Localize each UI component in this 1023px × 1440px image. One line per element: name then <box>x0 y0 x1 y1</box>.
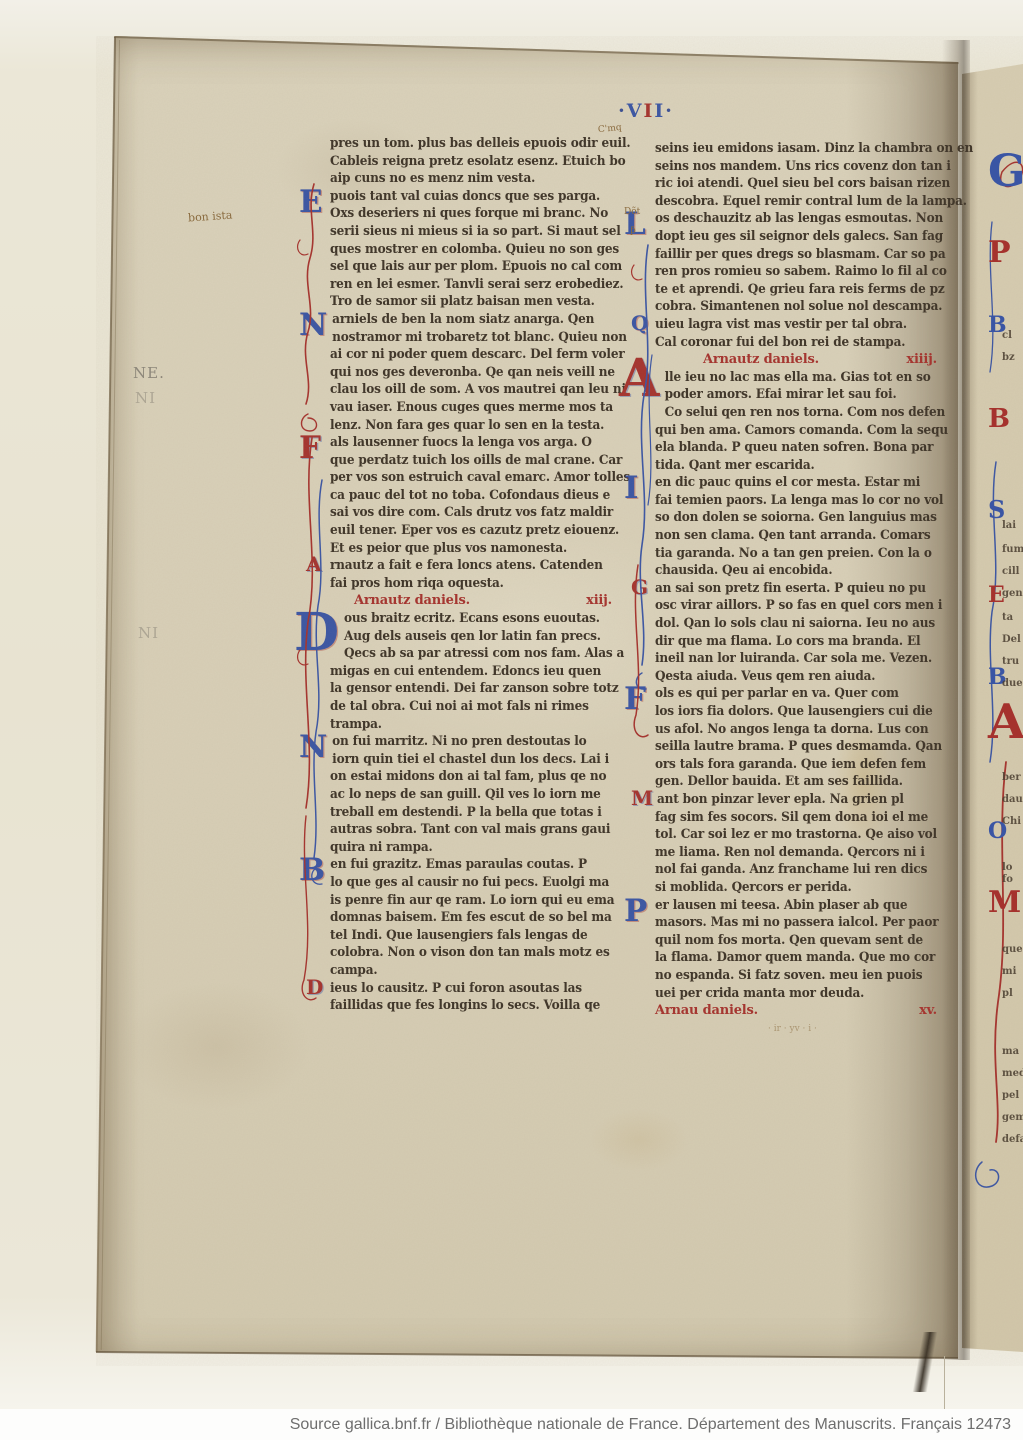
manuscript-text-line: Cableis reigna pretz esolatz esenz. Etui… <box>330 153 609 171</box>
manuscript-text-line: uieu lagra vist mas vestir per tal obra. <box>655 316 934 334</box>
manuscript-text-line: seilla lautre brama. P ques desmamda. Qa… <box>655 738 934 756</box>
rubric-poem-number: xiij. <box>586 592 630 610</box>
facing-page-text-fragment: cill <box>1002 566 1020 578</box>
gallica-scan-view: { "viewer": { "source_line": "Source gal… <box>0 0 1023 1440</box>
manuscript-text-line: puois tant val cuias doncs que ses parga… <box>330 188 609 206</box>
stanza-block: Narniels de ben la nom siatz anarga. Qen… <box>330 311 630 434</box>
facing-page-illuminated-initial: S <box>988 498 1005 522</box>
manuscript-text-line: colobra. Non o vison don tan mals motz e… <box>330 944 609 962</box>
facing-page-text-fragment: ta <box>1002 612 1013 624</box>
manuscript-text-line: ols es qui per parlar en va. Quer com <box>655 685 934 703</box>
manuscript-text-line: Et es peior que plus vos namonesta. <box>330 540 609 558</box>
manuscript-text-line: ai cor ni poder quem descarc. Del ferm v… <box>330 346 609 364</box>
margin-note: ƥ <box>630 226 636 236</box>
facing-page-illuminated-initial: M <box>988 888 1021 918</box>
manuscript-text-line: on estai midons don ai tal fam, plus qe … <box>330 768 609 786</box>
manuscript-text-line: poder amors. Efai mirar let sau foi. <box>655 386 934 404</box>
rubric: Arnautz daniels.xiiij. <box>655 351 955 369</box>
manuscript-text-line: sai vos dire com. Cals drutz vos fatz ma… <box>330 504 609 522</box>
manuscript-text-line: en fui grazitz. Emas paraulas coutas. P <box>330 856 609 874</box>
rubric: Arnau daniels.xv. <box>655 1002 955 1020</box>
manuscript-text-line: ors tals fora garanda. Que iem defen fem <box>655 756 934 774</box>
stanza-block: Non fui marritz. Ni no pren destoutas lo… <box>330 733 630 856</box>
rubric-author-label: Arnautz daniels. <box>703 351 819 369</box>
manuscript-text-line: us afol. No angos lenga ta dorna. Lus co… <box>655 721 934 739</box>
facing-page-text-fragment: bz <box>1002 352 1015 364</box>
illuminated-initial: E <box>299 186 323 219</box>
manuscript-text-line: Oxs deseriers ni ques forque mi branc. N… <box>330 205 609 223</box>
manuscript-text-line: aip cuns no es menz nim vesta. <box>330 170 609 188</box>
folio-number: ·VII· <box>596 100 696 122</box>
illuminated-initial: A <box>306 556 322 573</box>
right-text-column: seins ieu emidons iasam. Dinz la chambra… <box>655 140 955 1020</box>
facing-page-text-fragment: defa <box>1002 1134 1023 1146</box>
manuscript-text-line: tel Indi. Que lausengiers fals lengas de <box>330 927 609 945</box>
illuminated-initial: F <box>299 432 321 465</box>
margin-note: NI <box>138 624 159 642</box>
rubric-poem-number: xiiij. <box>906 351 955 369</box>
manuscript-text-line: seins ieu emidons iasam. Dinz la chambra… <box>655 140 934 158</box>
left-text-column: pres un tom. plus bas delleis epuois odi… <box>330 135 630 1015</box>
facing-page-text-fragment: ber <box>1002 772 1021 784</box>
margin-note: NE. <box>133 364 165 382</box>
manuscript-text-line: ac lo neps de san guill. Qil ves lo iorn… <box>330 786 609 804</box>
source-attribution-bar: Source gallica.bnf.fr / Bibliothèque nat… <box>0 1409 1023 1440</box>
facing-page-text-fragment: gen <box>1002 588 1023 600</box>
manuscript-text-line: ques mostrer en colomba. Quieu no son ge… <box>330 241 609 259</box>
manuscript-text-line: ca pauc del tot no toba. Cofondaus dieus… <box>330 487 609 505</box>
gutter-bottom-crease <box>944 1356 945 1409</box>
manuscript-text-line: si moblida. Qercors er perida. <box>655 879 934 897</box>
facing-page-text-fragment: lai <box>1002 520 1016 532</box>
stanza-block: Dous braitz ecritz. Ecans esons euoutas.… <box>330 610 630 733</box>
facing-page-text-fragment: ma <box>1002 1046 1019 1058</box>
stanza-block: pres un tom. plus bas delleis epuois odi… <box>330 135 630 188</box>
manuscript-text-line: qui nos ges deveronba. Qe qan neis veill… <box>330 364 609 382</box>
manuscript-text-line: Qecs ab sa par atressi com nos fam. Alas… <box>330 645 609 663</box>
manuscript-text-line: arniels de ben la nom siatz anarga. Qen <box>330 311 609 329</box>
illuminated-initial: N <box>299 309 327 342</box>
manuscript-text-line: lo que ges al causir no fui pecs. Euolgi… <box>330 874 609 892</box>
illuminated-initial: Q <box>631 315 648 332</box>
margin-note: NI <box>135 389 156 407</box>
facing-page-text-fragment: Del <box>1002 634 1021 646</box>
manuscript-text-line: te et aprendi. Qe grieu fara reis ferms … <box>655 281 934 299</box>
manuscript-text-line: er lausen mi teesa. Abin plaser ab que <box>655 897 934 915</box>
stanza-block: Dieus lo causitz. P cui foron asoutas la… <box>330 980 630 1015</box>
illuminated-initial: D <box>306 979 323 996</box>
stanza-block: seins ieu emidons iasam. Dinz la chambra… <box>655 140 955 210</box>
stanza-block: Mant bon pinzar lever epla. Na grien plf… <box>655 791 955 897</box>
manuscript-text-line: an sai son pretz fin eserta. P quieu no … <box>655 580 934 598</box>
facing-page-text-fragment: gem <box>1002 1112 1023 1124</box>
manuscript-text-line: ieus lo causitz. P cui foron asoutas las <box>330 980 609 998</box>
manuscript-text-line: autras sobra. Tant con val mais grans ga… <box>330 821 609 839</box>
manuscript-text-line: dopt ieu ges sil seignor dels galecs. Sa… <box>655 228 934 246</box>
illuminated-initial: M <box>631 790 653 807</box>
manuscript-text-line: gen. Dellor bauida. Et am ses faillida. <box>655 773 934 791</box>
manuscript-text-line: tida. Qant mer escarida. <box>655 457 934 475</box>
facing-page-text-fragment: due <box>1002 678 1023 690</box>
stanza-block: Fals lausenner fuocs la lenga vos arga. … <box>330 434 630 557</box>
rubric-author-label: Arnautz daniels. <box>354 592 470 610</box>
stanza-block: Ben fui grazitz. Emas paraulas coutas. P… <box>330 856 630 979</box>
manuscript-text-line: que perdatz tuich los oills de mal crane… <box>330 452 609 470</box>
manuscript-text-line: domnas baisem. Em fes escut de so bel ma <box>330 909 609 927</box>
manuscript-text-line: clau los oill de som. A vos mautrei qan … <box>330 381 609 399</box>
stanza-block: Per lausen mi teesa. Abin plaser ab quem… <box>655 897 955 1003</box>
facing-page-text-fragment: Chi <box>1002 816 1021 828</box>
illuminated-initial: I <box>624 472 639 505</box>
manuscript-text-line: iorn quin tiei el chastel dun los decs. … <box>330 751 609 769</box>
manuscript-text-line: treball em destendi. P la bella que tota… <box>330 804 609 822</box>
manuscript-text-line: lenz. Non fara ges quar lo sen en la tes… <box>330 417 609 435</box>
facing-page-text-fragment: pl <box>1002 988 1013 1000</box>
facing-page-text-fragment: fum <box>1002 544 1023 556</box>
manuscript-text-line: no espanda. Si fatz soven. meu ien puois <box>655 967 934 985</box>
manuscript-text-line: faillidas que fes longins lo secs. Voill… <box>330 997 609 1015</box>
manuscript-text-line: non sen clama. Qen tant arranda. Comars <box>655 527 934 545</box>
manuscript-text-line: la flama. Damor quem manda. Que mo cor <box>655 949 934 967</box>
manuscript-text-line: ant bon pinzar lever epla. Na grien pl <box>655 791 934 809</box>
stanza-block: Gan sai son pretz fin eserta. P quieu no… <box>655 580 955 686</box>
manuscript-text-line: chausida. Qeu ai encobida. <box>655 562 934 580</box>
manuscript-text-line: uei per crida manta mor deuda. <box>655 985 934 1003</box>
stanza-block: Alle ieu no lac mas ella ma. Gias tot en… <box>655 369 955 475</box>
illuminated-initial: F <box>624 683 646 716</box>
folio-letter: I <box>654 100 665 122</box>
manuscript-text-line: cobra. Simantenen nol solue nol descampa… <box>655 298 934 316</box>
manuscript-text-line: masors. Mas mi no passera ialcol. Per pa… <box>655 914 934 932</box>
manuscript-text-line: qui ben ama. Camors comanda. Com la sequ <box>655 422 934 440</box>
illuminated-initial: G <box>631 579 648 596</box>
stanza-block: Epuois tant val cuias doncs que ses parg… <box>330 188 630 311</box>
facing-page-text-fragment: mi <box>1002 966 1016 978</box>
manuscript-text-line: quira ni rampa. <box>330 839 609 857</box>
manuscript-text-line: ric ioi atendi. Quel sieu bel cors baisa… <box>655 175 934 193</box>
folio-letter: V <box>627 100 644 122</box>
manuscript-text-line: fai temien paors. La lenga mas lo cor no… <box>655 492 934 510</box>
manuscript-text-line: de tal obra. Cui noi ai mot fals ni rime… <box>330 698 609 716</box>
facing-page-text-fragment: med <box>1002 1068 1023 1080</box>
manuscript-text-line: osc virar aillors. P so fas en quel cors… <box>655 597 934 615</box>
manuscript-text-line: me liama. Ren nol demanda. Qercors ni i <box>655 844 934 862</box>
stanza-block: Quieu lagra vist mas vestir per tal obra… <box>655 316 955 351</box>
facing-page-text-fragment: lo fo <box>1002 862 1023 886</box>
manuscript-text-line: per vos son estruich caval emarc. Amor t… <box>330 469 609 487</box>
manuscript-text-line: vau iaser. Enous cuges ques merme mos ta <box>330 399 609 417</box>
manuscript-text-line: migas en cui entendem. Edoncs ieu quen <box>330 663 609 681</box>
stanza-block: Arnautz a fait e fera loncs atens. Caten… <box>330 557 630 592</box>
manuscript-text-line: ous braitz ecritz. Ecans esons euoutas. <box>330 610 609 628</box>
manuscript-text-line: ren en lei esmer. Tanvli serai serz erob… <box>330 276 609 294</box>
folio-letter: I <box>643 100 654 122</box>
facing-page-text-fragment: cl <box>1002 330 1012 342</box>
manuscript-text-line: tia garanda. No a tan gen preien. Con la… <box>655 545 934 563</box>
facing-page-text-fragment: dau <box>1002 794 1023 806</box>
margin-note: · ir · yv · i · <box>768 1024 817 1034</box>
facing-page-illuminated-initial: P <box>988 238 1011 268</box>
manuscript-text-line: serii sieus ni mieus si ia so part. Si m… <box>330 223 609 241</box>
illuminated-initial: A <box>619 354 659 404</box>
margin-note: Dõt <box>624 207 640 217</box>
manuscript-text-line: descobra. Equel remir contral lum de la … <box>655 193 934 211</box>
rubric: Arnautz daniels.xiij. <box>330 592 630 610</box>
manuscript-text-line: Tro de samor sii platz baisan men vesta. <box>330 293 609 311</box>
manuscript-text-line: is penre fin aur qe ram. Lo iorn qui eu … <box>330 892 609 910</box>
manuscript-text-line: nostramor mi trobaretz tot blanc. Quieu … <box>330 329 609 347</box>
manuscript-text-line: on fui marritz. Ni no pren destoutas lo <box>330 733 609 751</box>
manuscript-text-line: Cal coronar fui del bon rei de stampa. <box>655 334 934 352</box>
manuscript-text-line: lle ieu no lac mas ella ma. Gias tot en … <box>655 369 934 387</box>
manuscript-text-line: Aug dels auseis qen lor latin fan precs. <box>330 628 609 646</box>
facing-page-text-fragment: pel <box>1002 1090 1019 1102</box>
source-attribution-text: Source gallica.bnf.fr / Bibliothèque nat… <box>290 1416 1011 1434</box>
illuminated-initial: B <box>299 854 325 887</box>
manuscript-text-line: nol fai ganda. Anz franchame lui ren dic… <box>655 861 934 879</box>
facing-page-illuminated-initial: B <box>988 406 1010 432</box>
manuscript-text-line: quil nom fos morta. Qen quevam sent de <box>655 932 934 950</box>
facing-page-illuminated-initial: G <box>988 150 1023 194</box>
stanza-block: Los deschauzitz ab las lengas esmoutas. … <box>655 210 955 316</box>
manuscript-text-line: faillir per ques dregs so blasmam. Car s… <box>655 246 934 264</box>
manuscript-text-line: rnautz a fait e fera loncs atens. Catend… <box>330 557 609 575</box>
manuscript-text-line: tol. Car soi lez er mo trastorna. Qe ais… <box>655 826 934 844</box>
rubric-author-label: Arnau daniels. <box>655 1002 758 1020</box>
stanza-block: Fols es qui per parlar en va. Quer comlo… <box>655 685 955 791</box>
manuscript-text-line: so don dolen se soiorna. Gen languius ma… <box>655 509 934 527</box>
manuscript-text-line: fag sim fes socors. Sil qem dona ioi el … <box>655 809 934 827</box>
manuscript-text-line: los iors fia dolors. Que lausengiers cui… <box>655 703 934 721</box>
manuscript-text-line: ela blanda. P queu naten sofren. Bona pa… <box>655 439 934 457</box>
manuscript-text-line: campa. <box>330 962 609 980</box>
manuscript-text-line: euil tener. Eper vos es cazutz pretz eio… <box>330 522 609 540</box>
manuscript-text-line: pres un tom. plus bas delleis epuois odi… <box>330 135 609 153</box>
folio-dot: · <box>665 100 674 122</box>
manuscript-text-line: ren pros romieu so sabem. Raimo lo fil a… <box>655 263 934 281</box>
facing-page-illuminated-initial: A <box>988 698 1023 746</box>
manuscript-text-line: seins nos mandem. Uns rics covenz don ta… <box>655 158 934 176</box>
facing-page-text-fragment: tru <box>1002 656 1019 668</box>
manuscript-text-line: fai pros hom riqa oquesta. <box>330 575 609 593</box>
illuminated-initial: N <box>299 731 327 764</box>
manuscript-text-line: Co selui qen ren nos torna. Com nos defe… <box>655 404 934 422</box>
manuscript-text-line: dol. Qan lo sols clau ni saiorna. Ieu no… <box>655 615 934 633</box>
manuscript-text-line: en dic pauc quins el cor mesta. Estar mi <box>655 474 934 492</box>
manuscript-text-line: trampa. <box>330 716 609 734</box>
stanza-block: Ien dic pauc quins el cor mesta. Estar m… <box>655 474 955 580</box>
manuscript-text-line: Qesta aiuda. Veus qem ren aiuda. <box>655 668 934 686</box>
manuscript-text-line: ineil nan lor luiranda. Car sola me. Vez… <box>655 650 934 668</box>
manuscript-text-line: dir que ma flama. Lo cors ma branda. El <box>655 633 934 651</box>
folio-dot: · <box>618 100 627 122</box>
rubric-poem-number: xv. <box>919 1002 955 1020</box>
gutter-bottom-shadow <box>910 1332 940 1392</box>
manuscript-text-line: os deschauzitz ab las lengas esmoutas. N… <box>655 210 934 228</box>
facing-page-text-fragment: que <box>1002 944 1023 956</box>
illuminated-initial: P <box>624 895 647 928</box>
manuscript-text-line: sel que lais aur per plom. Epuois no cal… <box>330 258 609 276</box>
manuscript-text-line: als lausenner fuocs la lenga vos arga. O <box>330 434 609 452</box>
manuscript-text-line: la gensor entendi. Dei far zanson sobre … <box>330 680 609 698</box>
